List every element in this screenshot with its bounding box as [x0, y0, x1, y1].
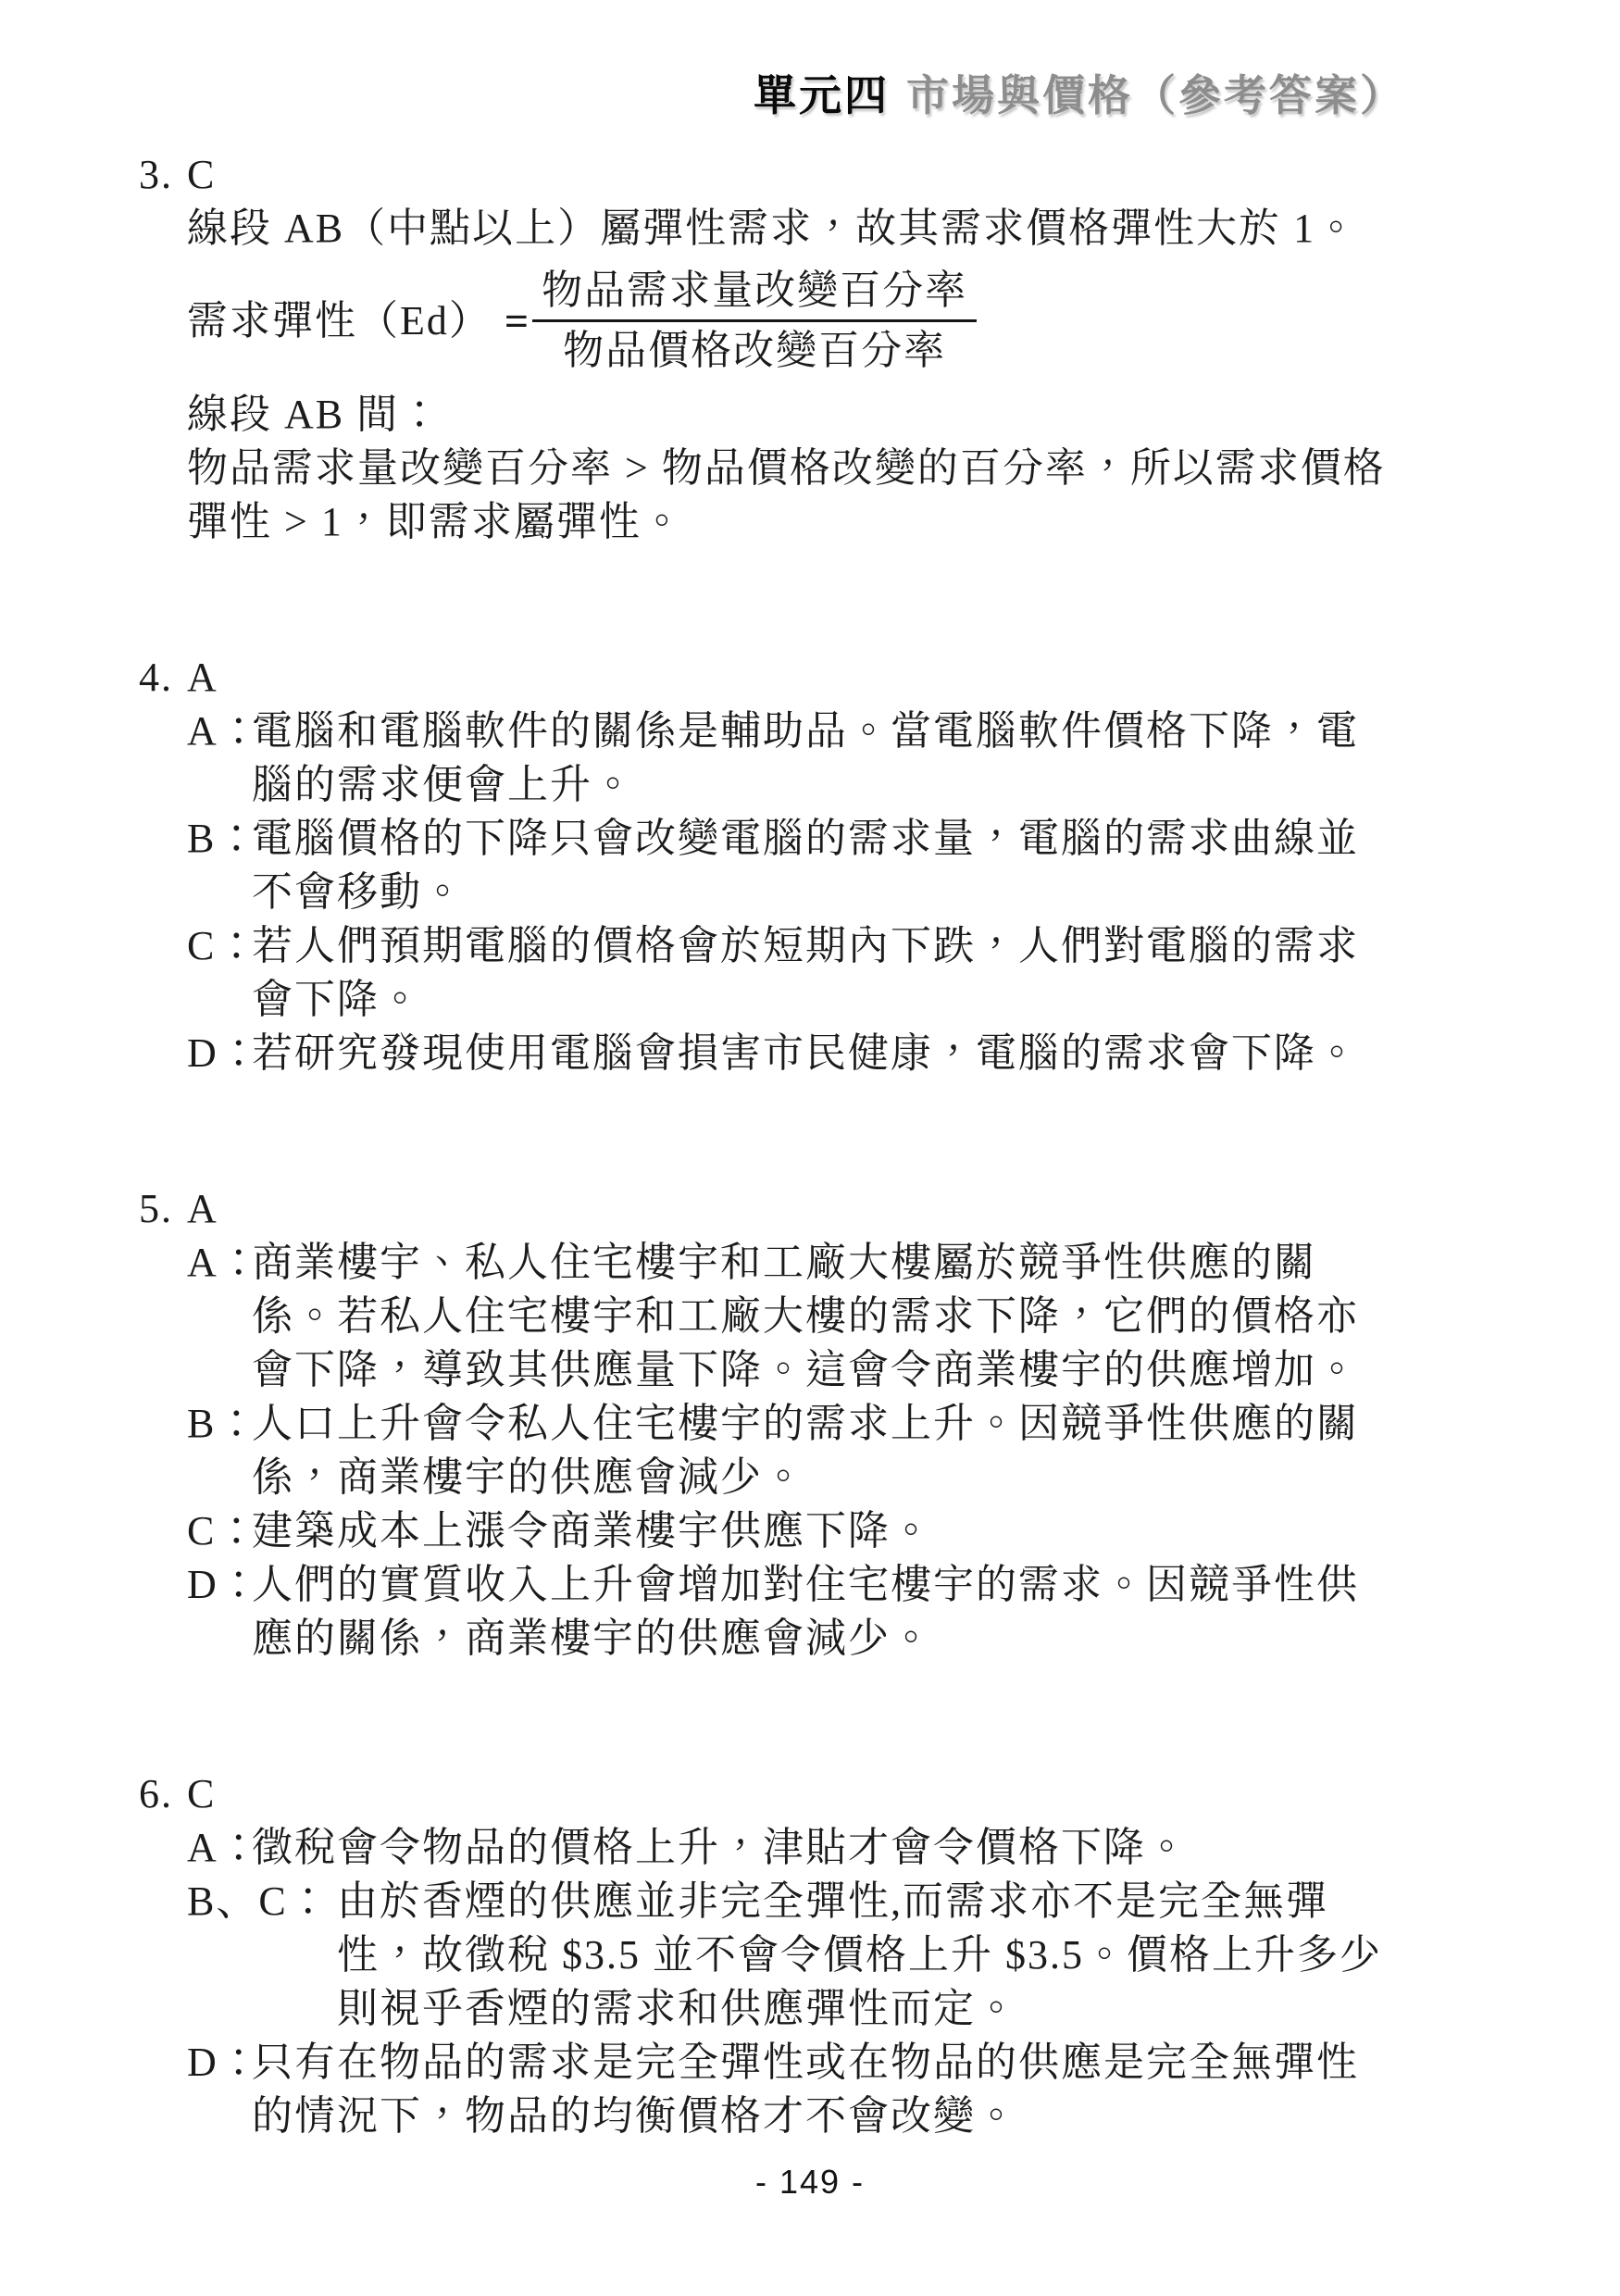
option-label: D：: [187, 2036, 252, 2143]
option-label: A：: [187, 1236, 252, 1397]
option-c-explanation: C： 若人們預期電腦的價格會於短期內下跌，人們對電腦的需求會下降。: [187, 919, 1400, 1027]
answer-key-page: { "header": { "unit": "單元四", "title": "市…: [0, 0, 1620, 2296]
option-b-explanation: B： 人口上升會令私人住宅樓宇的需求上升。因競爭性供應的關係，商業樓宇的供應會減…: [187, 1397, 1400, 1504]
option-label: C：: [187, 1504, 252, 1558]
option-label: B：: [187, 1397, 252, 1504]
option-b-explanation: B： 電腦價格的下降只會改變電腦的需求量，電腦的需求曲線並不會移動。: [187, 812, 1400, 919]
question-body: C A： 徵稅會令物品的價格上升，津貼才會令價格下降。 B、C： 由於香煙的供應…: [187, 1767, 1400, 2143]
option-text: 電腦價格的下降只會改變電腦的需求量，電腦的需求曲線並不會移動。: [252, 812, 1400, 919]
sub-heading: 線段 AB 間：: [187, 388, 1400, 442]
option-text: 由於香煙的供應並非完全彈性,而需求亦不是完全無彈性，故徵稅 $3.5 並不會令價…: [337, 1875, 1400, 2036]
question-number: 5.: [139, 1182, 187, 1666]
elasticity-formula: 需求彈性（Ed） = 物品需求量改變百分率 物品價格改變百分率: [187, 265, 1400, 377]
explanation-paragraph: 物品需求量改變百分率 > 物品價格改變的百分率，所以需求價格彈性 > 1，即需求…: [187, 442, 1400, 549]
option-label: D：: [187, 1027, 252, 1080]
option-label: D：: [187, 1558, 252, 1666]
unit-label: 單元四: [754, 71, 890, 119]
question-5: 5. A A： 商業樓宇、私人住宅樓宇和工廠大樓屬於競爭性供應的關係。若私人住宅…: [139, 1182, 1400, 1666]
explanation-line: 線段 AB（中點以上）屬彈性需求，故其需求價格彈性大於 1。: [187, 202, 1400, 256]
question-number: 3.: [139, 148, 187, 549]
option-text: 若人們預期電腦的價格會於短期內下跌，人們對電腦的需求會下降。: [252, 919, 1400, 1027]
question-6: 6. C A： 徵稅會令物品的價格上升，津貼才會令價格下降。 B、C： 由於香煙…: [139, 1767, 1400, 2143]
option-label: A：: [187, 1821, 252, 1875]
option-text: 建築成本上漲令商業樓宇供應下降。: [252, 1504, 1400, 1558]
formula-lhs: 需求彈性（Ed）: [187, 294, 492, 348]
option-text: 人們的實質收入上升會增加對住宅樓宇的需求。因競爭性供應的關係，商業樓宇的供應會減…: [252, 1558, 1400, 1666]
option-c-explanation: C： 建築成本上漲令商業樓宇供應下降。: [187, 1504, 1400, 1558]
answer-letter: A: [187, 651, 1400, 705]
answer-letter: C: [187, 148, 1400, 202]
answers-content: 3. C 線段 AB（中點以上）屬彈性需求，故其需求價格彈性大於 1。 需求彈性…: [0, 148, 1620, 2143]
question-3: 3. C 線段 AB（中點以上）屬彈性需求，故其需求價格彈性大於 1。 需求彈性…: [139, 148, 1400, 549]
question-body: A A： 商業樓宇、私人住宅樓宇和工廠大樓屬於競爭性供應的關係。若私人住宅樓宇和…: [187, 1182, 1400, 1666]
option-text: 商業樓宇、私人住宅樓宇和工廠大樓屬於競爭性供應的關係。若私人住宅樓宇和工廠大樓的…: [252, 1236, 1400, 1397]
formula-fraction: 物品需求量改變百分率 物品價格改變百分率: [532, 265, 977, 377]
question-body: A A： 電腦和電腦軟件的關係是輔助品。當電腦軟件價格下降，電腦的需求便會上升。…: [187, 651, 1400, 1080]
fraction-denominator: 物品價格改變百分率: [532, 322, 977, 377]
fraction-numerator: 物品需求量改變百分率: [532, 265, 977, 322]
option-label: C：: [187, 919, 252, 1027]
option-label: A：: [187, 705, 252, 812]
page-header: 單元四市場與價格（參考答案）: [0, 0, 1620, 124]
question-number: 4.: [139, 651, 187, 1080]
option-text: 只有在物品的需求是完全彈性或在物品的供應是完全無彈性的情況下，物品的均衡價格才不…: [252, 2036, 1400, 2143]
option-a-explanation: A： 徵稅會令物品的價格上升，津貼才會令價格下降。: [187, 1821, 1400, 1875]
option-label: B、C：: [187, 1875, 337, 2036]
question-4: 4. A A： 電腦和電腦軟件的關係是輔助品。當電腦軟件價格下降，電腦的需求便會…: [139, 651, 1400, 1080]
option-label: B：: [187, 812, 252, 919]
page-title: 市場與價格（參考答案）: [906, 71, 1405, 119]
option-d-explanation: D： 若研究發現使用電腦會損害市民健康，電腦的需求會下降。: [187, 1027, 1400, 1080]
option-text: 徵稅會令物品的價格上升，津貼才會令價格下降。: [252, 1821, 1400, 1875]
page-number: - 149 -: [0, 2155, 1620, 2209]
option-d-explanation: D： 人們的實質收入上升會增加對住宅樓宇的需求。因競爭性供應的關係，商業樓宇的供…: [187, 1558, 1400, 1666]
option-text: 電腦和電腦軟件的關係是輔助品。當電腦軟件價格下降，電腦的需求便會上升。: [252, 705, 1400, 812]
option-a-explanation: A： 商業樓宇、私人住宅樓宇和工廠大樓屬於競爭性供應的關係。若私人住宅樓宇和工廠…: [187, 1236, 1400, 1397]
question-number: 6.: [139, 1767, 187, 2143]
option-text: 人口上升會令私人住宅樓宇的需求上升。因競爭性供應的關係，商業樓宇的供應會減少。: [252, 1397, 1400, 1504]
option-bc-explanation: B、C： 由於香煙的供應並非完全彈性,而需求亦不是完全無彈性，故徵稅 $3.5 …: [187, 1875, 1400, 2036]
equals-sign: =: [505, 294, 530, 348]
option-a-explanation: A： 電腦和電腦軟件的關係是輔助品。當電腦軟件價格下降，電腦的需求便會上升。: [187, 705, 1400, 812]
question-body: C 線段 AB（中點以上）屬彈性需求，故其需求價格彈性大於 1。 需求彈性（Ed…: [187, 148, 1400, 549]
answer-letter: C: [187, 1767, 1400, 1821]
option-d-explanation: D： 只有在物品的需求是完全彈性或在物品的供應是完全無彈性的情況下，物品的均衡價…: [187, 2036, 1400, 2143]
answer-letter: A: [187, 1182, 1400, 1236]
option-text: 若研究發現使用電腦會損害市民健康，電腦的需求會下降。: [252, 1027, 1400, 1080]
